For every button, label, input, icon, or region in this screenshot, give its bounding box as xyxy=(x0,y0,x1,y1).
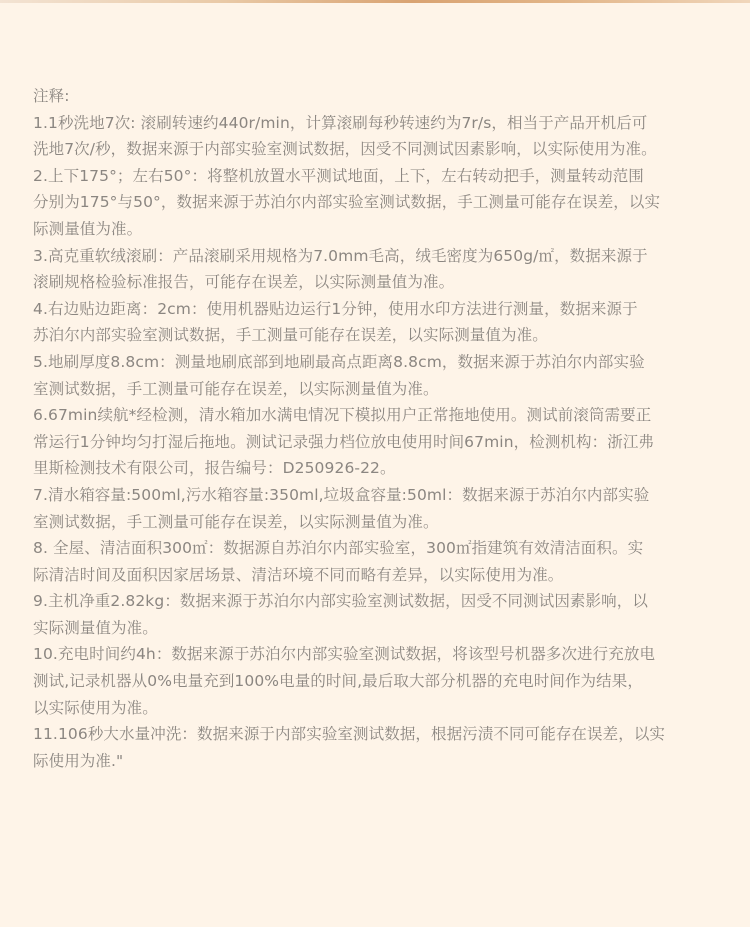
note-2-line-2: 分别为175°与50°，数据来源于苏泊尔内部实验室测试数据，手工测量可能存在误差… xyxy=(33,189,723,216)
note-11-line-2: 际使用为准." xyxy=(33,748,723,775)
note-10-line-2: 测试,记录机器从0%电量充到100%电量的时间,最后取大部分机器的充电时间作为结… xyxy=(33,668,723,695)
notes-title: 注释: xyxy=(33,83,723,110)
note-9-line-2: 实际测量值为准。 xyxy=(33,615,723,642)
note-3-line-1: 3.高克重软绒滚刷：产品滚刷采用规格为7.0mm毛高，绒毛密度为650g/㎡，数… xyxy=(33,243,723,270)
note-6-line-2: 常运行1分钟均匀打湿后拖地。测试记录强力档位放电使用时间67min，检测机构：浙… xyxy=(33,429,723,456)
note-1-line-1: 1.1秒洗地7次: 滚刷转速约440r/min，计算滚刷每秒转速约为7r/s，相… xyxy=(33,110,723,137)
note-1-line-2: 洗地7次/秒，数据来源于内部实验室测试数据，因受不同测试因素影响，以实际使用为准… xyxy=(33,136,723,163)
note-9-line-1: 9.主机净重2.82kg：数据来源于苏泊尔内部实验室测试数据，因受不同测试因素影… xyxy=(33,588,723,615)
note-10-line-3: 以实际使用为准。 xyxy=(33,695,723,722)
note-4-line-1: 4.右边贴边距离：2cm：使用机器贴边运行1分钟，使用水印方法进行测量，数据来源… xyxy=(33,296,723,323)
note-7-line-1: 7.清水箱容量:500ml,污水箱容量:350ml,垃圾盒容量:50ml：数据来… xyxy=(33,482,723,509)
note-10-line-1: 10.充电时间约4h：数据来源于苏泊尔内部实验室测试数据，将该型号机器多次进行充… xyxy=(33,641,723,668)
note-2-line-1: 2.上下175°；左右50°：将整机放置水平测试地面，上下，左右转动把手，测量转… xyxy=(33,163,723,190)
note-4-line-2: 苏泊尔内部实验室测试数据，手工测量可能存在误差，以实际测量值为准。 xyxy=(33,322,723,349)
note-8-line-2: 际清洁时间及面积因家居场景、清洁环境不同而略有差异，以实际使用为准。 xyxy=(33,562,723,589)
note-2-line-3: 际测量值为准。 xyxy=(33,216,723,243)
top-accent-strip xyxy=(0,0,750,3)
note-8-line-1: 8. 全屋、清洁面积300㎡：数据源自苏泊尔内部实验室，300㎡指建筑有效清洁面… xyxy=(33,535,723,562)
note-7-line-2: 室测试数据，手工测量可能存在误差，以实际测量值为准。 xyxy=(33,509,723,536)
note-5-line-1: 5.地刷厚度8.8cm：测量地刷底部到地刷最高点距离8.8cm，数据来源于苏泊尔… xyxy=(33,349,723,376)
note-5-line-2: 室测试数据，手工测量可能存在误差，以实际测量值为准。 xyxy=(33,376,723,403)
note-3-line-2: 滚刷规格检验标准报告，可能存在误差，以实际测量值为准。 xyxy=(33,269,723,296)
note-11-line-1: 11.106秒大水量冲洗：数据来源于内部实验室测试数据，根据污渍不同可能存在误差… xyxy=(33,721,723,748)
note-6-line-1: 6.67min续航*经检测，清水箱加水满电情况下模拟用户正常拖地使用。测试前滚筒… xyxy=(33,402,723,429)
notes-section: 注释: 1.1秒洗地7次: 滚刷转速约440r/min，计算滚刷每秒转速约为7r… xyxy=(33,83,723,774)
note-6-line-3: 里斯检测技术有限公司，报告编号：D250926-22。 xyxy=(33,455,723,482)
